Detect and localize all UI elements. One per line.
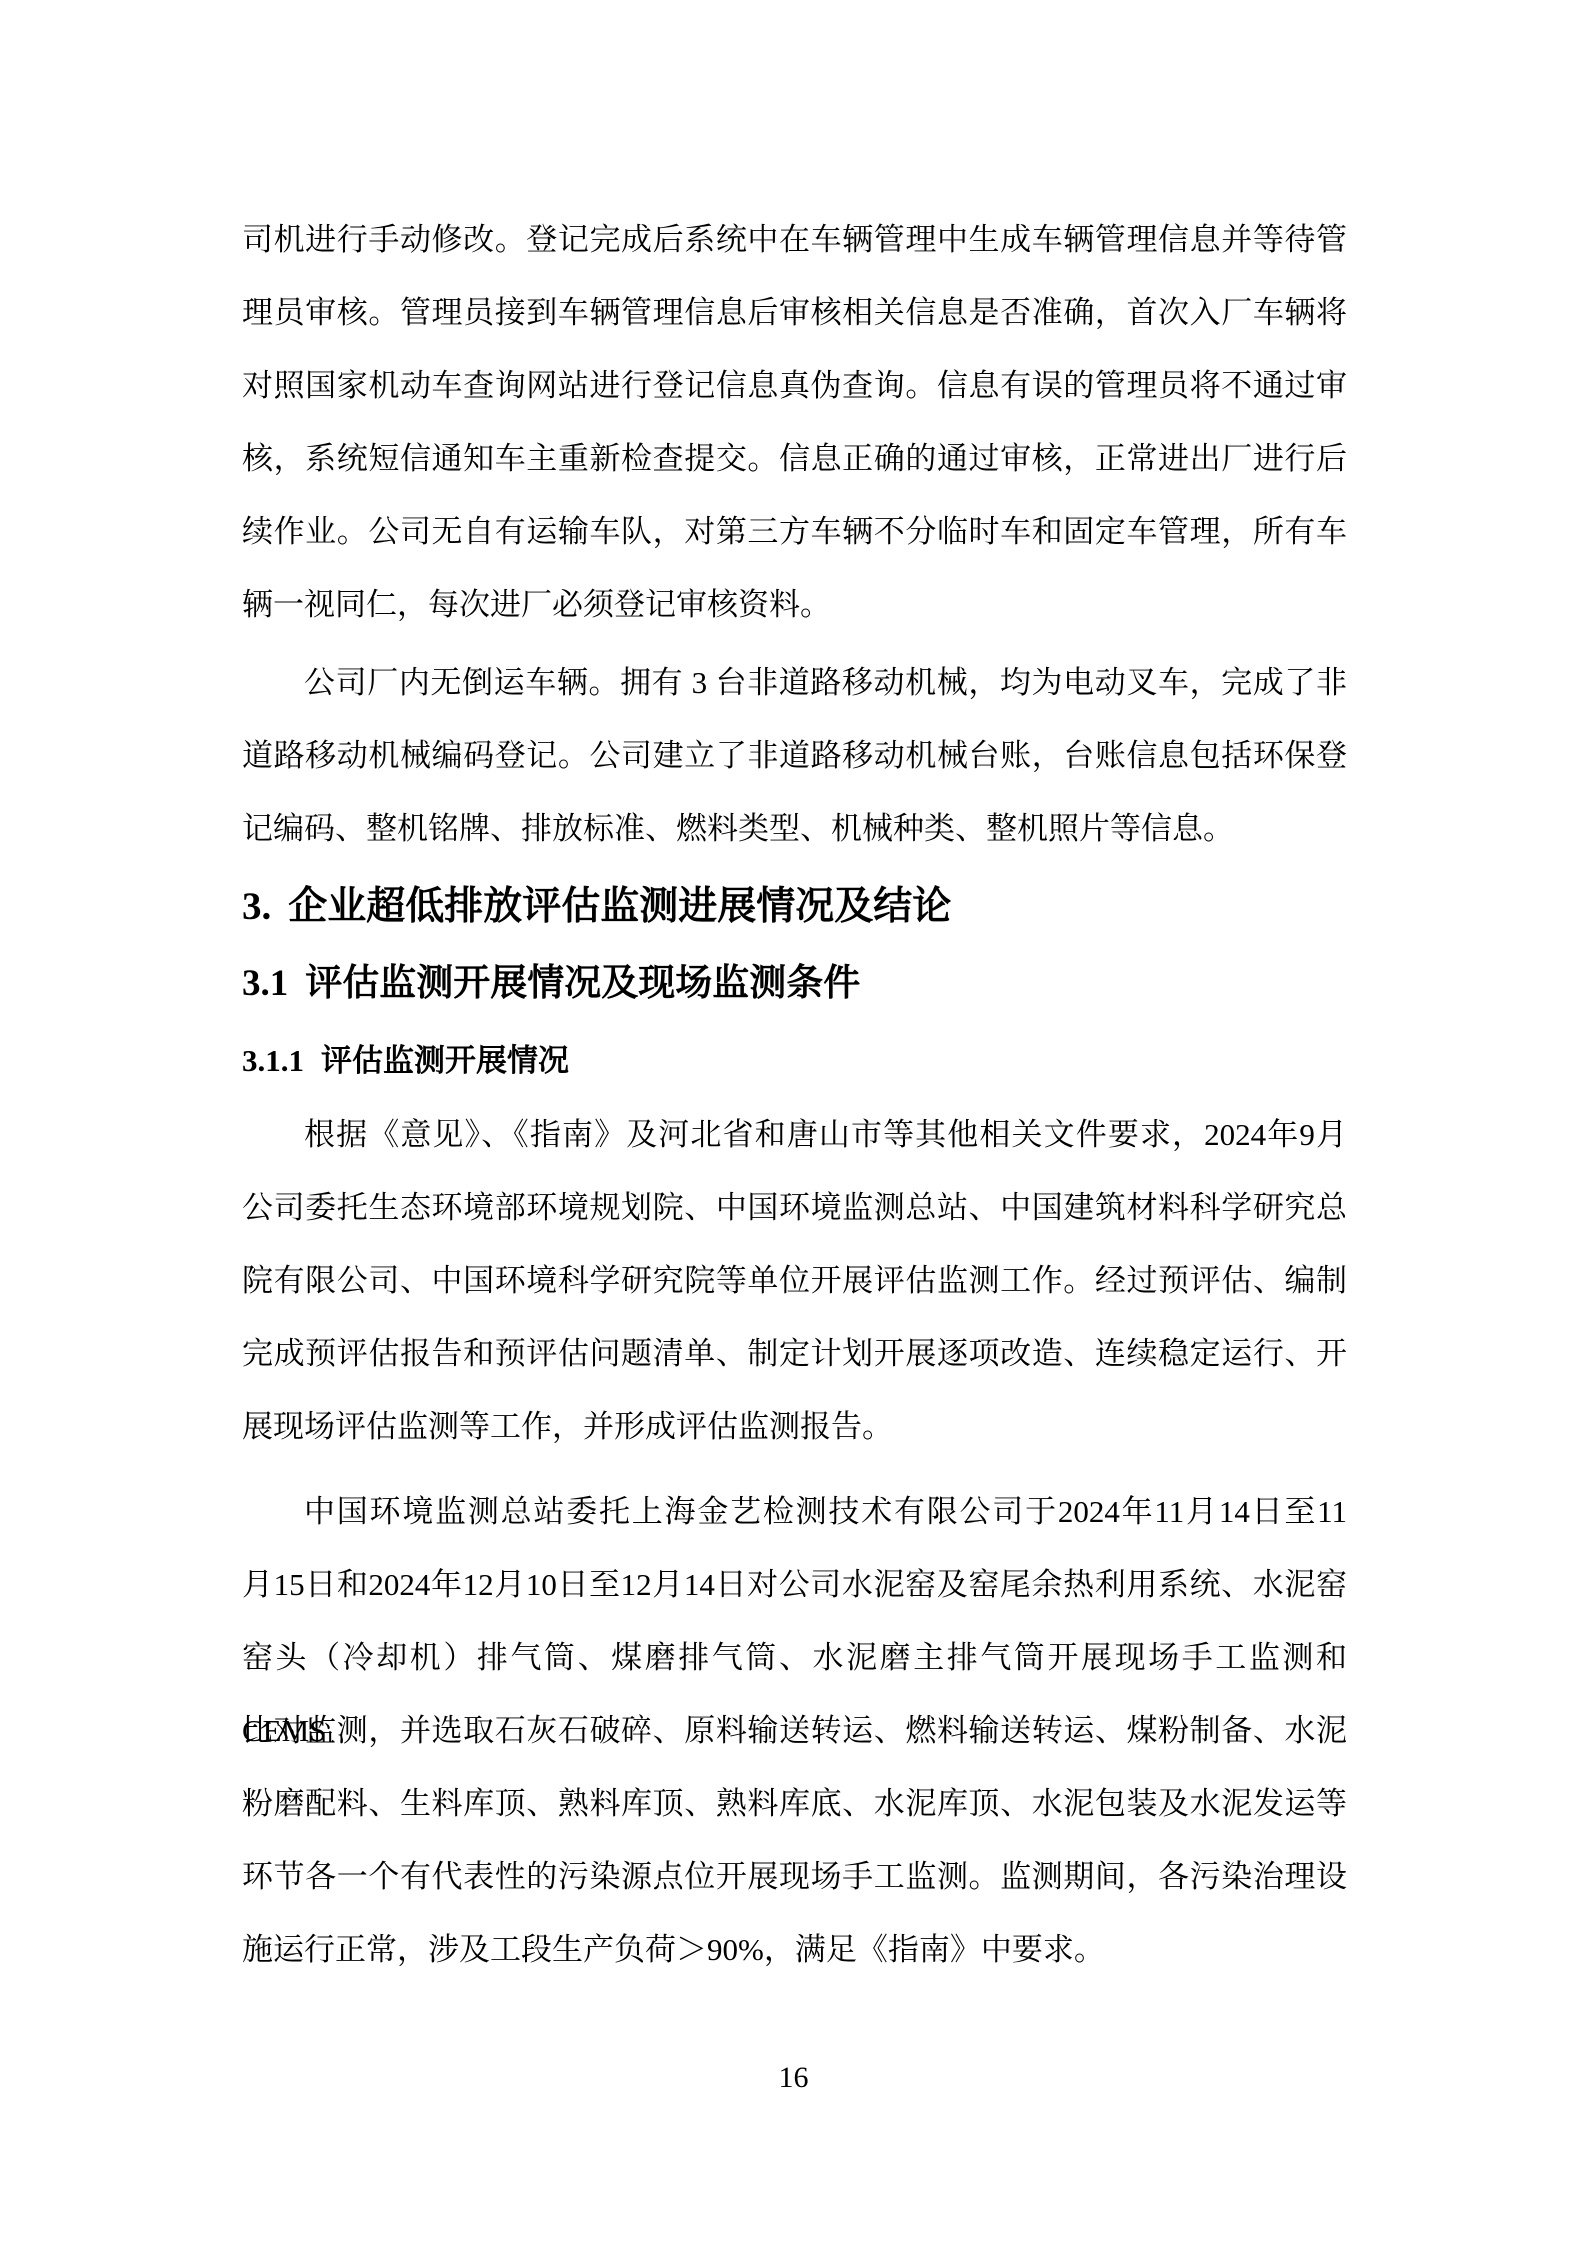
body-paragraph: 公司厂内无倒运车辆。拥有 3 台非道路移动机械，均为电动叉车，完成了非 道路移动…: [242, 646, 1347, 865]
text-line: 展现场评估监测等工作，并形成评估监测报告。: [242, 1390, 1347, 1463]
text-line: 公司委托生态环境部环境规划院、中国环境监测总站、中国建筑材料科学研究总: [242, 1171, 1347, 1244]
text-line: 月15日和2024年12月10日至12月14日对公司水泥窑及窑尾余热利用系统、水…: [242, 1548, 1347, 1621]
section-title: 企业超低排放评估监测进展情况及结论: [288, 885, 951, 928]
text-line: 道路移动机械编码登记。公司建立了非道路移动机械台账，台账信息包括环保登: [242, 719, 1347, 792]
text-line: 比对监测，并选取石灰石破碎、原料输送转运、燃料输送转运、煤粉制备、水泥: [242, 1694, 1347, 1767]
text-line: 完成预评估报告和预评估问题清单、制定计划开展逐项改造、连续稳定运行、开: [242, 1317, 1347, 1390]
page-footer: 16: [0, 2060, 1587, 2096]
body-paragraph: 中国环境监测总站委托上海金艺检测技术有限公司于2024年11月14日至11 月1…: [242, 1475, 1347, 1986]
subsection-title: 评估监测开展情况及现场监测条件: [305, 963, 860, 1004]
text-line: 环节各一个有代表性的污染源点位开展现场手工监测。监测期间，各污染治理设: [242, 1840, 1347, 1913]
text-line: 对照国家机动车查询网站进行登记信息真伪查询。信息有误的管理员将不通过审: [242, 349, 1347, 422]
subsubsection-heading-3-1-1: 3.1.1评估监测开展情况: [242, 1039, 569, 1083]
body-paragraph: 司机进行手动修改。登记完成后系统中在车辆管理中生成车辆管理信息并等待管 理员审核…: [242, 203, 1347, 641]
text-line: 记编码、整机铭牌、排放标准、燃料类型、机械种类、整机照片等信息。: [242, 792, 1347, 865]
subsubsection-title: 评估监测开展情况: [321, 1043, 569, 1078]
text-line: 窑头（冷却机）排气筒、煤磨排气筒、水泥磨主排气筒开展现场手工监测和CEMS: [242, 1621, 1347, 1694]
document-page: 司机进行手动修改。登记完成后系统中在车辆管理中生成车辆管理信息并等待管 理员审核…: [0, 0, 1587, 2245]
text-line: 辆一视同仁，每次进厂必须登记审核资料。: [242, 568, 1347, 641]
section-heading-3: 3.企业超低排放评估监测进展情况及结论: [242, 882, 951, 932]
text-line: 施运行正常，涉及工段生产负荷＞90%，满足《指南》中要求。: [242, 1913, 1347, 1986]
text-line: 公司厂内无倒运车辆。拥有 3 台非道路移动机械，均为电动叉车，完成了非: [242, 646, 1347, 719]
text-line: 根据《意见》、《指南》及河北省和唐山市等其他相关文件要求，2024年9月: [242, 1098, 1347, 1171]
text-line: 核，系统短信通知车主重新检查提交。信息正确的通过审核，正常进出厂进行后: [242, 422, 1347, 495]
subsubsection-number: 3.1.1: [242, 1043, 304, 1078]
text-line: 续作业。公司无自有运输车队，对第三方车辆不分临时车和固定车管理，所有车: [242, 495, 1347, 568]
body-paragraph: 根据《意见》、《指南》及河北省和唐山市等其他相关文件要求，2024年9月 公司委…: [242, 1098, 1347, 1463]
text-line: 院有限公司、中国环境科学研究院等单位开展评估监测工作。经过预评估、编制: [242, 1244, 1347, 1317]
text-line: 司机进行手动修改。登记完成后系统中在车辆管理中生成车辆管理信息并等待管: [242, 203, 1347, 276]
text-line: 粉磨配料、生料库顶、熟料库顶、熟料库底、水泥库顶、水泥包装及水泥发运等: [242, 1767, 1347, 1840]
text-line: 中国环境监测总站委托上海金艺检测技术有限公司于2024年11月14日至11: [242, 1475, 1347, 1548]
subsection-number: 3.1: [242, 963, 288, 1004]
section-number: 3.: [242, 885, 271, 928]
text-line: 理员审核。管理员接到车辆管理信息后审核相关信息是否准确，首次入厂车辆将: [242, 276, 1347, 349]
page-number: 16: [779, 2061, 809, 2094]
subsection-heading-3-1: 3.1评估监测开展情况及现场监测条件: [242, 960, 860, 1008]
